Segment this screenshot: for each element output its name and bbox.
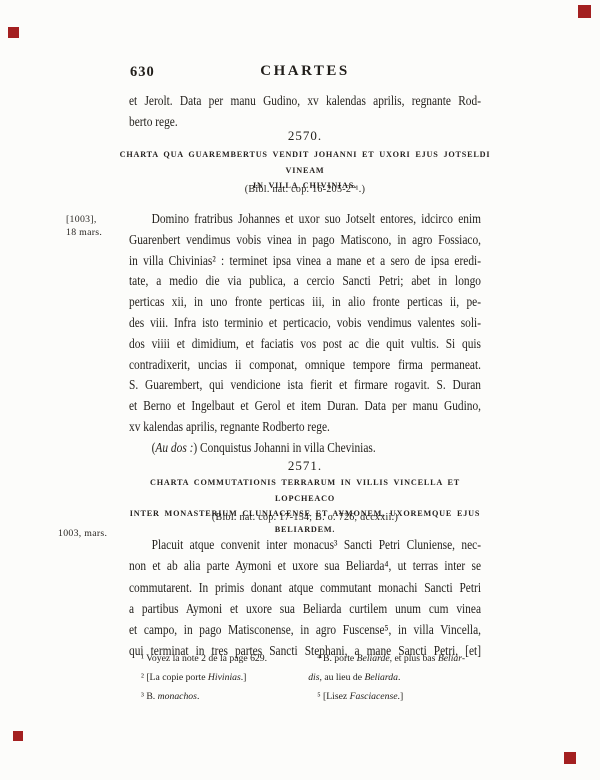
text-line: contradixerit, uncias ii componat, omniq… [129,355,481,376]
text-line: des viii. Infra isto terminio et pertica… [129,313,481,334]
charter-2571-source: (Bibl. nat. cop. 17-154; B. o. 726, dccx… [129,512,481,523]
text-line: et Berno et Ingelbaut et Gerol et item D… [129,396,481,417]
text-line: ³ B. monachos. [132,688,296,707]
text-line: et campo, in pago Matisconense, in agro … [129,619,481,640]
charter-2570-source: (Bibl. nat. cop. 16-205-2°¹.) [129,184,481,195]
charter-number-2571: 2571. [129,458,481,474]
text-line: ⁵ [Lisez Fasciacense.] [308,688,484,707]
text-line: commutarent. In primis donant atque comm… [129,577,481,598]
text-line: Placuit atque convenit inter monacus³ Sa… [129,534,481,555]
text-line: et Jerolt. Data per manu Gudino, xv kale… [129,91,481,112]
margin-date-day: 18 mars. [66,226,102,239]
footnotes-left-column: ¹ Voyez la note 2 de la page 629.² [La c… [132,650,296,706]
margin-date-charter-2570: [1003], 18 mars. [66,213,102,239]
text-line: Guarenbert vendimus vobis vinea in pago … [129,230,481,251]
text-line: a partibus Aymoni et uxore sua Beliarda … [129,598,481,619]
charter-2571-text: Placuit atque convenit inter monacus³ Sa… [129,534,481,662]
charter-2571-heading: CHARTA COMMUTATIONIS TERRARUM IN VILLIS … [119,475,491,537]
text-line: ² [La copie porte Hivinias.] [132,669,296,688]
text-line: S. Guarembert, qui vendicione ista fieri… [129,375,481,396]
text-line: Domino fratribus Johannes et uxor suo Jo… [129,209,481,230]
text-line: in villa Chivinias² : terminet ipsa vine… [129,251,481,272]
footnotes-right-column: ⁴ B. porte Beliarde, et plus bas Beliar-… [308,650,484,706]
running-title: CHARTES [129,63,481,80]
charter-number-2570: 2570. [129,128,481,144]
charter-2570-audos-note: (Au dos :) Conquistus Johanni in villa C… [129,438,481,459]
book-page: [1003], 18 mars. 1003, mars. 630 CHARTES… [0,0,600,780]
charter-2570-text: Domino fratribus Johannes et uxor suo Jo… [129,209,481,438]
margin-date-year-month: 1003, mars. [58,527,107,540]
margin-date-charter-2571: 1003, mars. [58,527,107,540]
margin-date-year: [1003], [66,213,102,226]
text-line: dis, au lieu de Beliarda. [308,669,484,688]
corner-mark-bottom-left [13,731,23,741]
text-line: perticas xii, in uno fronte perticas iii… [129,292,481,313]
page-content: 630 CHARTES et Jerolt. Data per manu Gud… [129,0,481,780]
text-line: ⁴ B. porte Beliarde, et plus bas Beliar- [308,650,484,669]
text-line: ¹ Voyez la note 2 de la page 629. [132,650,296,669]
text-line: (Au dos :) Conquistus Johanni in villa C… [129,438,481,459]
text-line: dos viiii et dimidium, et faciatis vos p… [129,334,481,355]
text-line: xv kalendas aprilis, regnante Rodberto r… [129,417,481,438]
footnotes: ¹ Voyez la note 2 de la page 629.² [La c… [132,650,484,706]
corner-mark-top-right [578,5,591,18]
paragraph-continuation: et Jerolt. Data per manu Gudino, xv kale… [129,91,481,133]
charter-2571-heading-line1: CHARTA COMMUTATIONIS TERRARUM IN VILLIS … [119,475,491,506]
corner-mark-top-left [8,27,19,38]
corner-mark-bottom-right [564,752,576,764]
text-line: tate, a medio die via publica, a cercio … [129,271,481,292]
text-line: non et ab alia parte Aymoni et uxore sua… [129,555,481,576]
charter-2570-heading-line1: CHARTA QUA GUAREMBERTUS VENDIT JOHANNI E… [119,147,491,178]
